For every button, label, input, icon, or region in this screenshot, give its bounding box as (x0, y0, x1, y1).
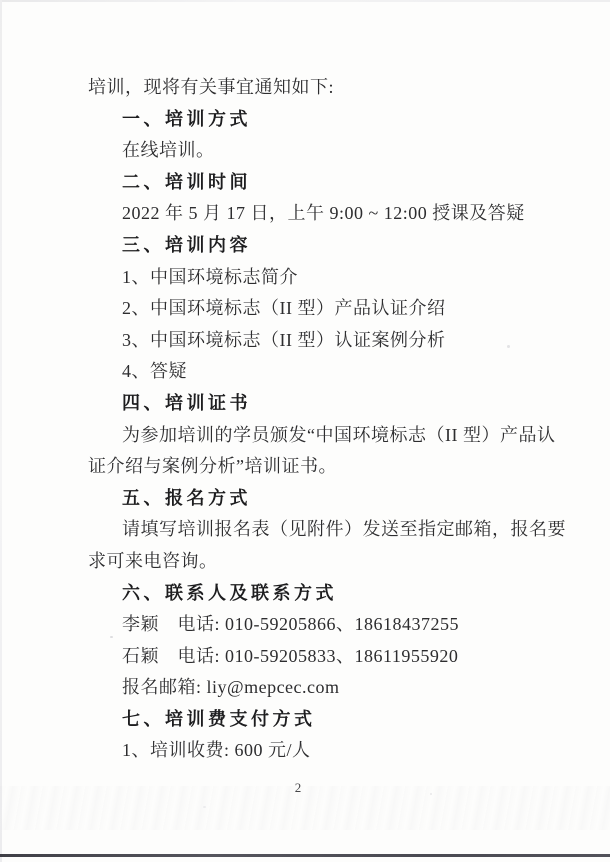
heading-training-method: 一、培训方式 (88, 104, 558, 136)
scan-speckle (110, 636, 113, 638)
scan-edge-top (0, 0, 610, 2)
scan-speckle (203, 806, 206, 808)
payment-fee-line: 1、培训收费: 600 元/人 (88, 735, 558, 767)
contact-li-ying-phone: 李颖 电话: 010-59205866、18618437255 (88, 609, 558, 641)
page-number: 2 (0, 778, 596, 798)
registration-email: 报名邮箱: liy@mepcec.com (88, 672, 558, 704)
content-item-1: 1、中国环境标志简介 (88, 262, 558, 294)
heading-registration: 五、报名方式 (88, 483, 558, 515)
scan-edge-left (0, 0, 2, 862)
scan-speckle (507, 345, 510, 348)
certificate-line-2: 证介绍与案例分析”培训证书。 (88, 451, 558, 483)
content-item-4: 4、答疑 (88, 356, 558, 388)
scanned-document-page: 培训，现将有关事宜通知如下: 一、培训方式 在线培训。 二、培训时间 2022 … (0, 0, 610, 862)
registration-line-2: 求可来电咨询。 (88, 546, 558, 578)
content-item-2: 2、中国环境标志（II 型）产品认证介绍 (88, 293, 558, 325)
heading-contacts: 六、联系人及联系方式 (88, 578, 558, 610)
line-online-training: 在线培训。 (88, 135, 558, 167)
heading-training-content: 三、培训内容 (88, 230, 558, 262)
heading-payment-method: 七、培训费支付方式 (88, 704, 558, 736)
contact-shi-ying-phone: 石颖 电话: 010-59205833、18611955920 (88, 641, 558, 673)
registration-line-1: 请填写培训报名表（见附件）发送至指定邮箱，报名要 (88, 514, 558, 546)
certificate-line-1: 为参加培训的学员颁发“中国环境标志（II 型）产品认 (88, 420, 558, 452)
scan-edge-bottom (0, 854, 610, 857)
intro-continuation-line: 培训，现将有关事宜通知如下: (88, 72, 558, 104)
scan-speckle (430, 793, 432, 795)
line-training-datetime: 2022 年 5 月 17 日，上午 9:00 ~ 12:00 授课及答疑 (88, 198, 558, 230)
heading-training-time: 二、培训时间 (88, 167, 558, 199)
heading-certificate: 四、培训证书 (88, 388, 558, 420)
content-item-3: 3、中国环境标志（II 型）认证案例分析 (88, 325, 558, 357)
document-content: 培训，现将有关事宜通知如下: 一、培训方式 在线培训。 二、培训时间 2022 … (88, 72, 558, 767)
